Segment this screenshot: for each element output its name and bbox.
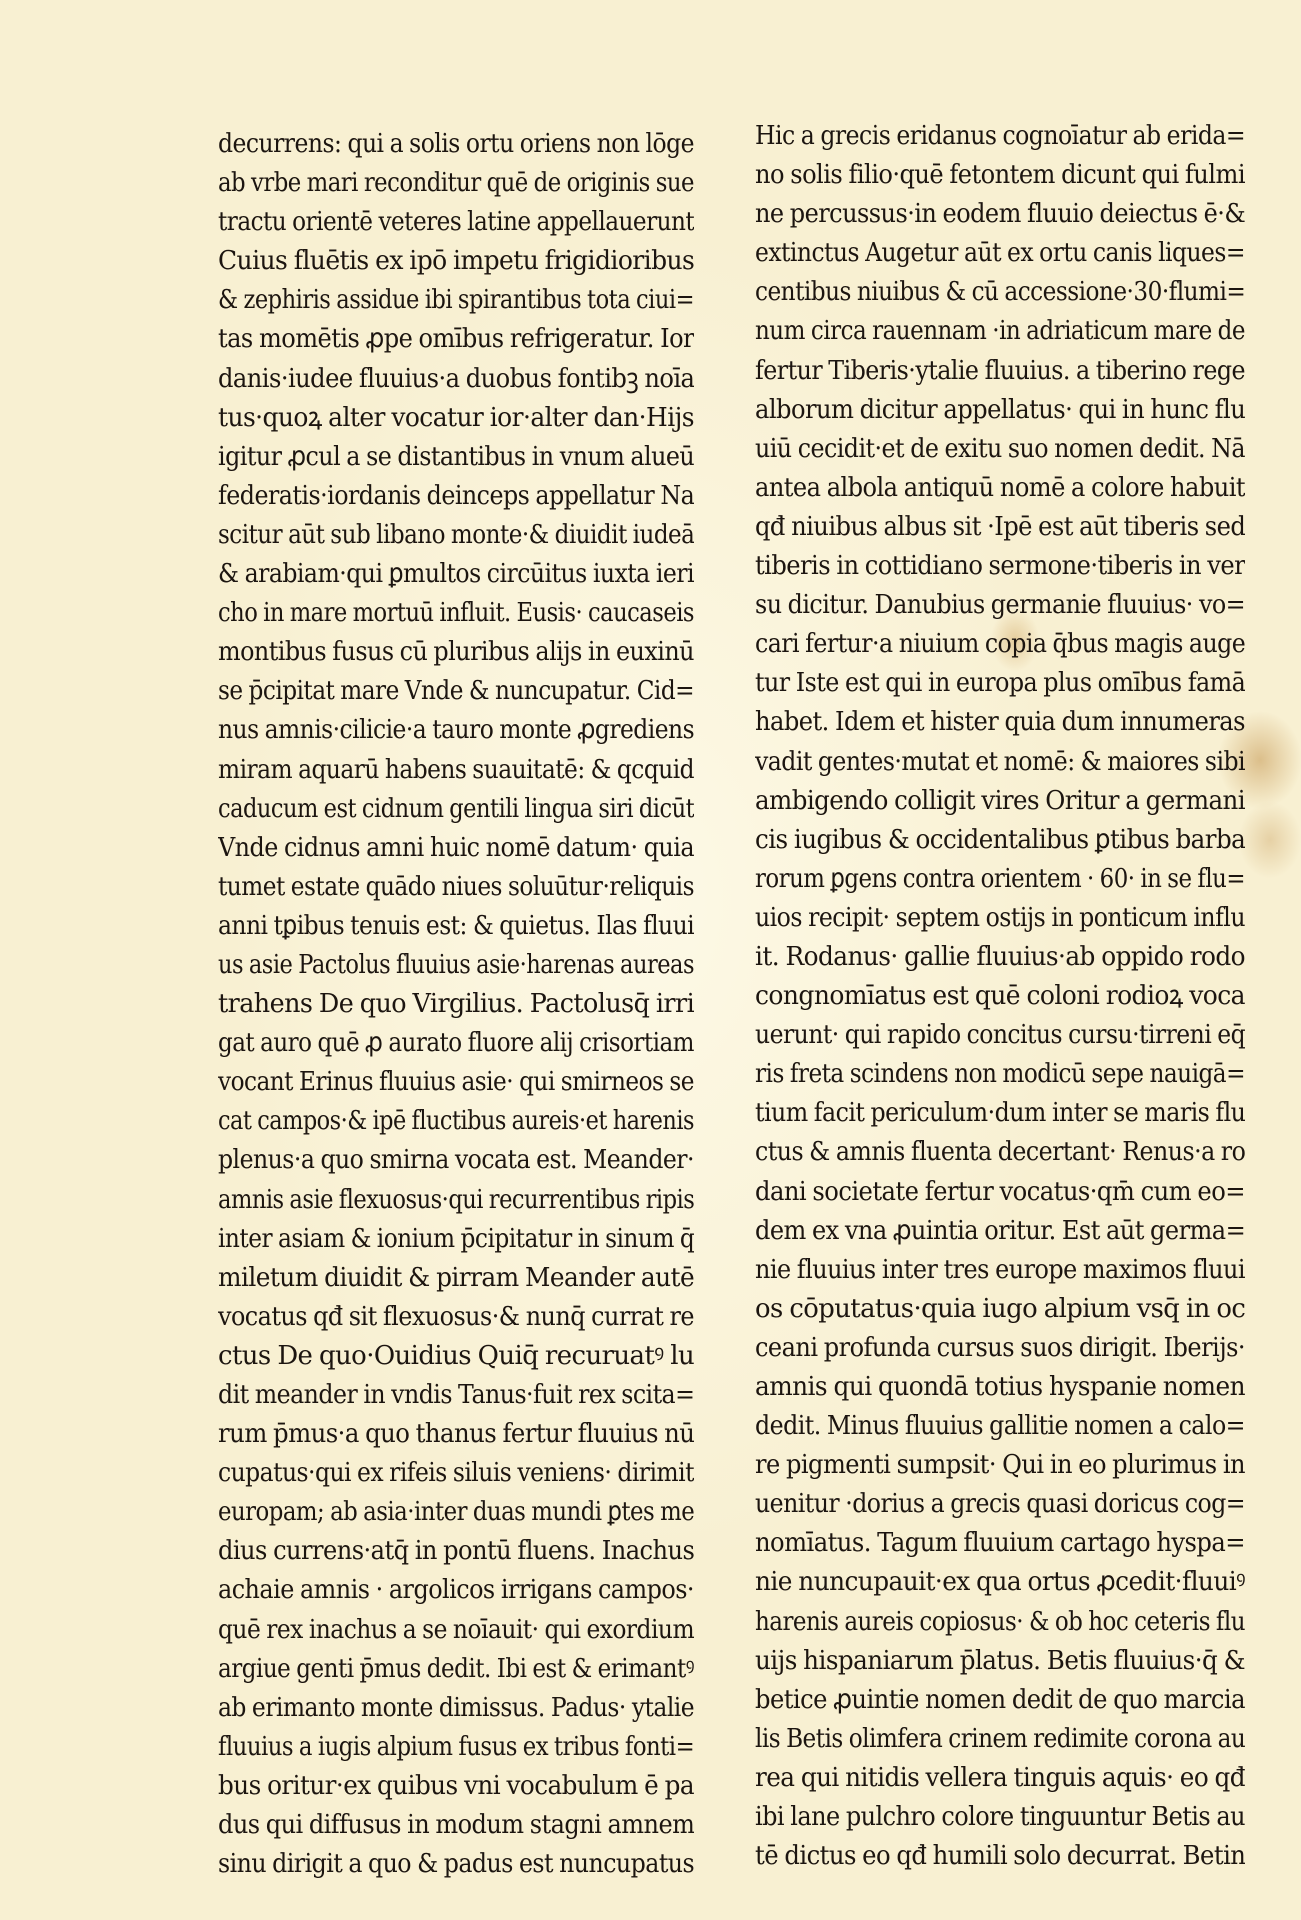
text-line: tas momētis ꝓpe omībus refrigeratur. Ior (218, 319, 694, 358)
text-line: uios recipit· septem ostijs in ponticum … (755, 898, 1245, 937)
text-line: ab vrbe mari reconditur quē de originis … (218, 163, 694, 202)
text-line: bus oritur·ex quibus vni vocabulum ē pa (218, 1766, 694, 1805)
text-line: nomīatus. Tagum fluuium cartago hyspa= (755, 1523, 1245, 1562)
text-line: ris freta scindens non modicū sepe nauig… (755, 1054, 1245, 1093)
text-line: quē rex inachus a se noīauit· qui exordi… (218, 1610, 694, 1649)
text-line: extinctus Augetur aūt ex ortu canis liqu… (755, 233, 1245, 272)
text-line: it. Rodanus· gallie fluuius·ab oppido ro… (755, 937, 1245, 976)
text-line: su dicitur. Danubius germanie fluuius· v… (755, 585, 1245, 624)
text-line: tiberis in cottidiano sermone·tiberis in… (755, 546, 1245, 585)
text-line: nie fluuius inter tres europe maximos fl… (755, 1250, 1245, 1289)
text-line: & zephiris assidue ibi spirantibus tota … (218, 280, 694, 319)
text-line: us asie Pactolus fluuius asie·harenas au… (218, 945, 694, 984)
text-line: tium facit periculum·dum inter se maris … (755, 1093, 1245, 1132)
text-line: Hic a grecis eridanus cognoīatur ab erid… (755, 116, 1245, 155)
text-line: vocant Erinus fluuius asie· qui smirneos… (218, 1062, 694, 1101)
text-line: tractu orientē veteres latine appellauer… (218, 202, 694, 241)
text-line: os cōputatus·quia iugo alpium vsq̄ in oc (755, 1289, 1245, 1328)
text-line: uerunt· qui rapido concitus cursu·tirren… (755, 1015, 1245, 1054)
text-line: argiue genti p̄mus dedit. Ibi est & erim… (218, 1649, 694, 1688)
text-line: europam; ab asia·inter duas mundi ꝑtes m… (218, 1492, 694, 1531)
text-line: se p̄cipitat mare Vnde & nuncupatur. Cid… (218, 671, 694, 710)
text-line: anni tꝑibus tenuis est: & quietus. Ilas … (218, 906, 694, 945)
text-line: amnis qui quondā totius hyspanie nomen (755, 1367, 1245, 1406)
text-column-right: Hic a grecis eridanus cognoīatur ab erid… (755, 116, 1245, 1875)
text-line: cho in mare mortuū influit. Eusis· cauca… (218, 593, 694, 632)
text-line: betice ꝓuintie nomen dedit de quo marcia (755, 1680, 1245, 1719)
text-line: Vnde cidnus amni huic nomē datum· quia (218, 828, 694, 867)
text-line: nus amnis·cilicie·a tauro monte ꝓgredien… (218, 710, 694, 749)
text-column-left: decurrens: qui a solis ortu oriens non l… (218, 124, 694, 1883)
text-line: dedit. Minus fluuius gallitie nomen a ca… (755, 1406, 1245, 1445)
text-line: decurrens: qui a solis ortu oriens non l… (218, 124, 694, 163)
text-line: miram aquarū habens suauitatē: & qcquid (218, 750, 694, 789)
text-line: lis Betis olimfera crinem redimite coron… (755, 1719, 1245, 1758)
text-line: rea qui nitidis vellera tinguis aquis· e… (755, 1758, 1245, 1797)
text-line: dani societate fertur vocatus·qm̄ cum eo… (755, 1172, 1245, 1211)
text-line: nie nuncupauit·ex qua ortus ꝓcedit·fluui… (755, 1562, 1245, 1601)
text-line: danis·iudee fluuius·a duobus fontibꝫ noī… (218, 359, 694, 398)
text-line: amnis asie flexuosus·qui recurrentibus r… (218, 1180, 694, 1219)
text-line: miletum diuidit & pirram Meander autē (218, 1258, 694, 1297)
text-line: centibus niuibus & cū accessione·30·flum… (755, 272, 1245, 311)
text-line: fluuius a iugis alpium fusus ex tribus f… (218, 1727, 694, 1766)
text-line: re pigmenti sumpsit· Qui in eo plurimus … (755, 1445, 1245, 1484)
text-line: cari fertur·a niuium copia q̄bus magis a… (755, 624, 1245, 663)
text-line: rum p̄mus·a quo thanus fertur fluuius nū (218, 1414, 694, 1453)
text-line: igitur ꝓcul a se distantibus in vnum alu… (218, 437, 694, 476)
text-line: qđ niuibus albus sit ·Ipē est aūt tiberi… (755, 507, 1245, 546)
text-line: montibus fusus cū pluribus alijs in euxi… (218, 632, 694, 671)
text-line: caducum est cidnum gentili lingua siri d… (218, 789, 694, 828)
text-line: tus·quoꝝ alter vocatur ior·alter dan·Hij… (218, 398, 694, 437)
text-line: cis iugibus & occidentalibus ꝑtibus barb… (755, 820, 1245, 859)
text-line: federatis·iordanis deinceps appellatur N… (218, 476, 694, 515)
text-line: cat campos·& ipē fluctibus aureis·et har… (218, 1101, 694, 1140)
text-line: ambigendo colligit vires Oritur a german… (755, 781, 1245, 820)
text-line: no solis filio·quē fetontem dicunt qui f… (755, 155, 1245, 194)
text-line: rorum ꝑgens contra orientem · 60· in se … (755, 859, 1245, 898)
text-line: dius currens·atq̄ in pontū fluens. Inach… (218, 1531, 694, 1570)
text-line: harenis aureis copiosus· & ob hoc ceteri… (755, 1602, 1245, 1641)
text-line: uijs hispaniarum p̄latus. Betis fluuius·… (755, 1641, 1245, 1680)
text-line: Cuius fluētis ex ipō impetu frigidioribu… (218, 241, 694, 280)
text-line: alborum dicitur appellatus· qui in hunc … (755, 390, 1245, 429)
text-line: sinu dirigit a quo & padus est nuncupatu… (218, 1844, 694, 1883)
text-line: fertur Tiberis·ytalie fluuius. a tiberin… (755, 351, 1245, 390)
parchment-page: decurrens: qui a solis ortu oriens non l… (0, 0, 1301, 1920)
text-line: achaie amnis · argolicos irrigans campos… (218, 1570, 694, 1609)
text-line: scitur aūt sub libano monte·& diuidit iu… (218, 515, 694, 554)
text-line: tē dictus eo qđ humili solo decurrat. Be… (755, 1836, 1245, 1875)
text-line: ibi lane pulchro colore tinguuntur Betis… (755, 1797, 1245, 1836)
text-line: dem ex vna ꝓuintia oritur. Est aūt germa… (755, 1211, 1245, 1250)
text-line: ctus & amnis fluenta decertant· Renus·a … (755, 1132, 1245, 1171)
text-line: ne percussus·in eodem fluuio deiectus ē·… (755, 194, 1245, 233)
text-line: dus qui diffusus in modum stagni amnem (218, 1805, 694, 1844)
text-line: tur Iste est qui in europa plus omībus f… (755, 663, 1245, 702)
text-line: inter asiam & ionium p̄cipitatur in sinu… (218, 1219, 694, 1258)
text-line: vadit gentes·mutat et nomē: & maiores si… (755, 742, 1245, 781)
text-line: tumet estate quādo niues soluūtur·reliqu… (218, 867, 694, 906)
text-line: dit meander in vndis Tanus·fuit rex scit… (218, 1375, 694, 1414)
text-line: gat auro quē ꝓ aurato fluore alij crisor… (218, 1023, 694, 1062)
text-line: habet. Idem et hister quia dum innumeras (755, 702, 1245, 741)
text-line: & arabiam·qui ꝑmultos circūitus iuxta ie… (218, 554, 694, 593)
text-line: ceani profunda cursus suos dirigit. Iber… (755, 1328, 1245, 1367)
text-line: plenus·a quo smirna vocata est. Meander· (218, 1140, 694, 1179)
text-line: antea albola antiquū nomē a colore habui… (755, 468, 1245, 507)
text-line: uiū cecidit·et de exitu suo nomen dedit.… (755, 429, 1245, 468)
text-line: vocatus qđ sit flexuosus·& nunq̄ currat … (218, 1297, 694, 1336)
text-line: num circa rauennam ·in adriaticum mare d… (755, 311, 1245, 350)
text-line: cupatus·qui ex rifeis siluis veniens· di… (218, 1453, 694, 1492)
text-line: ab erimanto monte dimissus. Padus· ytali… (218, 1688, 694, 1727)
text-line: ctus De quo·Ouidius Quiq̄ recuruatꝰ lu (218, 1336, 694, 1375)
text-line: uenitur ·dorius a grecis quasi doricus c… (755, 1484, 1245, 1523)
text-line: trahens De quo Virgilius. Pactolusq̄ irr… (218, 984, 694, 1023)
text-line: congnomīatus est quē coloni rodioꝝ voca (755, 976, 1245, 1015)
